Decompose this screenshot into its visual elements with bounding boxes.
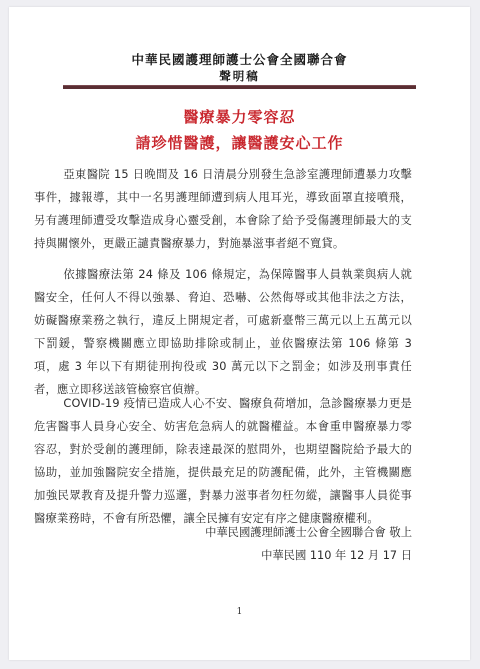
headline-secondary: 請珍惜醫護，讓醫護安心工作 [9, 132, 470, 153]
document-page: 中華民國護理師護士公會全國聯合會 聲明稿 醫療暴力零容忍 請珍惜醫護，讓醫護安心… [9, 7, 470, 660]
paragraph-incident: 亞東醫院 15 日晚間及 16 日清晨分別發生急診室護理師遭暴力攻擊事件，據報導… [34, 163, 412, 255]
page-number: 1 [9, 607, 470, 617]
header-divider [63, 85, 416, 89]
headline-primary: 醫療暴力零容忍 [9, 106, 470, 127]
organization-title: 中華民國護理師護士公會全國聯合會 [9, 50, 470, 68]
paragraph-law: 依據醫療法第 24 條及 106 條規定，為保障醫事人員執業與病人就醫安全，任何… [34, 263, 412, 401]
signature-date: 中華民國 110 年 12 月 17 日 [261, 547, 412, 563]
paragraph-covid: COVID-19 疫情已造成人心不安、醫療負荷增加，急診醫療暴力更是危害醫事人員… [34, 392, 412, 530]
signature-organization: 中華民國護理師護士公會全國聯合會 敬上 [205, 524, 412, 540]
document-type-title: 聲明稿 [9, 68, 470, 84]
